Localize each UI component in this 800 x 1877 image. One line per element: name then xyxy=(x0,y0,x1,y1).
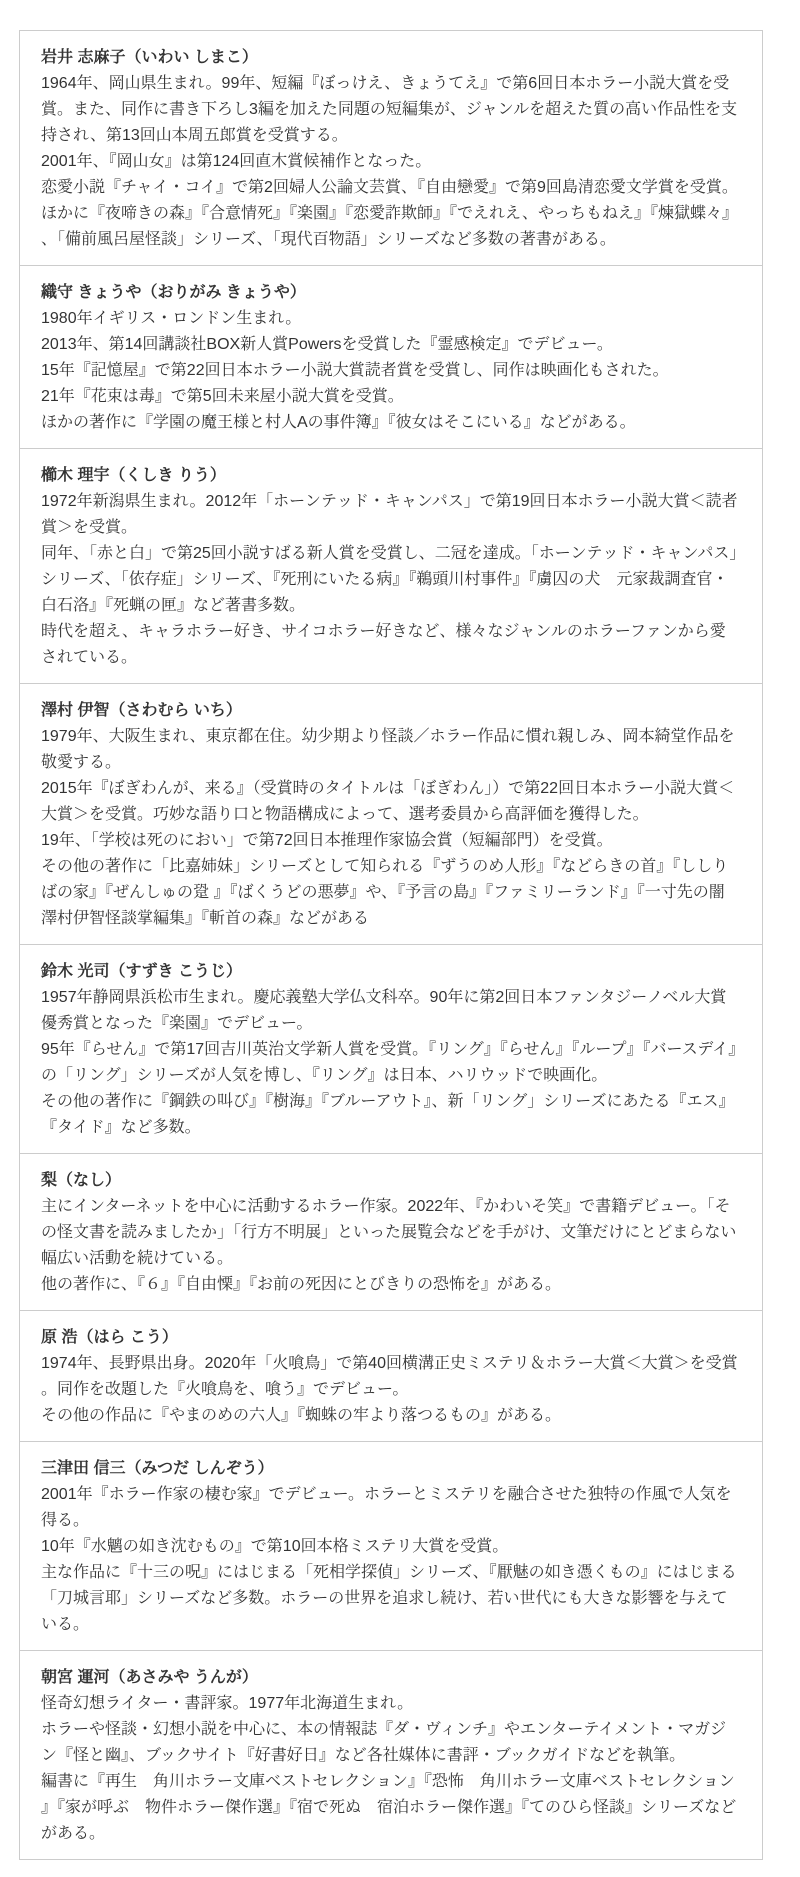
author-bio-paragraph: 2013年、第14回講談社BOX新人賞Powersを受賞した『霊感検定』でデビュ… xyxy=(41,332,741,358)
author-section: 三津田 信三（みつだ しんぞう） 2001年『ホラー作家の棲む家』でデビュー。ホ… xyxy=(20,1441,762,1650)
author-bio-paragraph: 他の著作に、『６』『自由慄』『お前の死因にとびきりの恐怖を』がある。 xyxy=(41,1272,741,1298)
author-bio-paragraph: 怪奇幻想ライター・書評家。1977年北海道生まれ。 xyxy=(41,1691,741,1717)
author-bio-paragraph: 編書に『再生 角川ホラー文庫ベストセレクション』『恐怖 角川ホラー文庫ベストセレ… xyxy=(41,1769,741,1847)
author-bio-paragraph: 15年『記憶屋』で第22回日本ホラー小説大賞読者賞を受賞し、同作は映画化もされた… xyxy=(41,358,741,384)
author-name: 櫛木 理宇（くしき りう） xyxy=(41,463,741,489)
author-bio-paragraph: 95年『らせん』で第17回吉川英治文学新人賞を受賞。『リング』『らせん』『ループ… xyxy=(41,1037,741,1089)
author-bio-paragraph: 1957年静岡県浜松市生まれ。慶応義塾大学仏文科卒。90年に第2回日本ファンタジ… xyxy=(41,985,741,1037)
author-section: 岩井 志麻子（いわい しまこ） 1964年、岡山県生まれ。99年、短編『ぼっけえ… xyxy=(20,31,762,265)
author-section: 織守 きょうや（おりがみ きょうや） 1980年イギリス・ロンドン生まれ。201… xyxy=(20,265,762,448)
author-profiles-panel: 岩井 志麻子（いわい しまこ） 1964年、岡山県生まれ。99年、短編『ぼっけえ… xyxy=(19,30,763,1860)
author-bio-paragraph: 19年、「学校は死のにおい」で第72回日本推理作家協会賞（短編部門）を受賞。 xyxy=(41,828,741,854)
author-name: 三津田 信三（みつだ しんぞう） xyxy=(41,1456,741,1482)
author-section: 梨（なし） 主にインターネットを中心に活動するホラー作家。2022年、『かわいそ… xyxy=(20,1153,762,1310)
author-name: 原 浩（はら こう） xyxy=(41,1325,741,1351)
author-name: 澤村 伊智（さわむら いち） xyxy=(41,698,741,724)
author-section: 櫛木 理宇（くしき りう） 1972年新潟県生まれ。2012年「ホーンテッド・キ… xyxy=(20,448,762,683)
author-bio-paragraph: ほかの著作に『学園の魔王様と村人Aの事件簿』『彼女はそこにいる』などがある。 xyxy=(41,410,741,436)
author-bio-paragraph: 21年『花束は毒』で第5回未来屋小説大賞を受賞。 xyxy=(41,384,741,410)
author-section: 朝宮 運河（あさみや うんが） 怪奇幻想ライター・書評家。1977年北海道生まれ… xyxy=(20,1650,762,1859)
author-section: 澤村 伊智（さわむら いち） 1979年、大阪生まれ、東京都在住。幼少期より怪談… xyxy=(20,683,762,944)
author-name: 鈴木 光司（すずき こうじ） xyxy=(41,959,741,985)
author-bio-paragraph: 2015年『ぼぎわんが、来る』（受賞時のタイトルは「ぼぎわん」）で第22回日本ホ… xyxy=(41,776,741,828)
author-bio-paragraph: その他の作品に『やまのめの六人』『蜘蛛の牢より落つるもの』がある。 xyxy=(41,1403,741,1429)
author-bio-paragraph: 1974年、長野県出身。2020年「火喰鳥」で第40回横溝正史ミステリ＆ホラー大… xyxy=(41,1351,741,1403)
author-bio-paragraph: 同年、「赤と白」で第25回小説すばる新人賞を受賞し、二冠を達成。「ホーンテッド・… xyxy=(41,541,741,619)
author-bio-paragraph: 1979年、大阪生まれ、東京都在住。幼少期より怪談／ホラー作品に慣れ親しみ、岡本… xyxy=(41,724,741,776)
author-name: 梨（なし） xyxy=(41,1168,741,1194)
author-name: 岩井 志麻子（いわい しまこ） xyxy=(41,45,741,71)
author-bio-paragraph: 1980年イギリス・ロンドン生まれ。 xyxy=(41,306,741,332)
author-bio-paragraph: 主な作品に『十三の呪』にはじまる「死相学探偵」シリーズ、『厭魅の如き憑くもの』に… xyxy=(41,1560,741,1638)
author-bio-paragraph: 恋愛小説『チャイ・コイ』で第2回婦人公論文芸賞、『自由戀愛』で第9回島清恋愛文学… xyxy=(41,175,741,253)
author-bio-paragraph: 時代を超え、キャラホラー好き、サイコホラー好きなど、様々なジャンルのホラーファン… xyxy=(41,619,741,671)
author-section: 原 浩（はら こう） 1974年、長野県出身。2020年「火喰鳥」で第40回横溝… xyxy=(20,1310,762,1441)
author-bio-paragraph: 10年『水魑の如き沈むもの』で第10回本格ミステリ大賞を受賞。 xyxy=(41,1534,741,1560)
author-bio-paragraph: その他の著作に『鋼鉄の叫び』『樹海』『ブルーアウト』、新「リング」シリーズにあた… xyxy=(41,1089,741,1141)
author-bio-paragraph: 主にインターネットを中心に活動するホラー作家。2022年、『かわいそ笑』で書籍デ… xyxy=(41,1194,741,1272)
author-section: 鈴木 光司（すずき こうじ） 1957年静岡県浜松市生まれ。慶応義塾大学仏文科卒… xyxy=(20,944,762,1153)
author-bio-paragraph: 1972年新潟県生まれ。2012年「ホーンテッド・キャンパス」で第19回日本ホラ… xyxy=(41,489,741,541)
author-bio-paragraph: その他の著作に「比嘉姉妹」シリーズとして知られる『ずうのめ人形』『などらきの首』… xyxy=(41,854,741,932)
author-bio-paragraph: 1964年、岡山県生まれ。99年、短編『ぼっけえ、きょうてえ』で第6回日本ホラー… xyxy=(41,71,741,149)
author-bio-paragraph: ホラーや怪談・幻想小説を中心に、本の情報誌『ダ・ヴィンチ』やエンターテイメント・… xyxy=(41,1717,741,1769)
author-name: 織守 きょうや（おりがみ きょうや） xyxy=(41,280,741,306)
author-bio-paragraph: 2001年『ホラー作家の棲む家』でデビュー。ホラーとミステリを融合させた独特の作… xyxy=(41,1482,741,1534)
author-name: 朝宮 運河（あさみや うんが） xyxy=(41,1665,741,1691)
author-bio-paragraph: 2001年、『岡山女』は第124回直木賞候補作となった。 xyxy=(41,149,741,175)
